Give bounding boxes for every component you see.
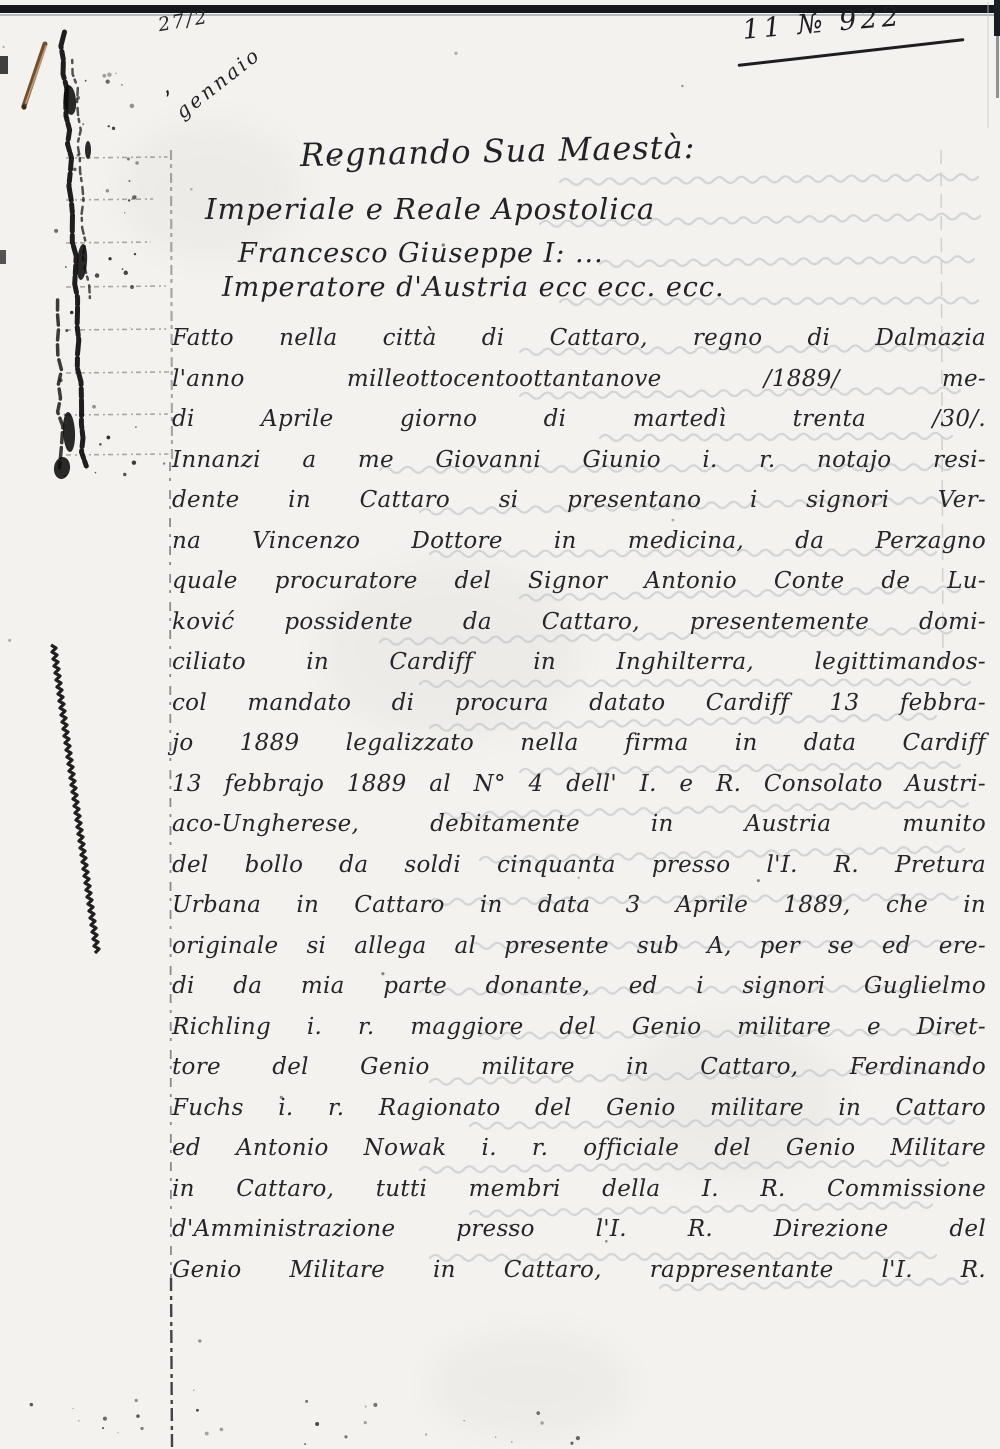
manuscript-line: dente in Cattaro si presentano i signori… [172, 480, 986, 521]
manuscript-line: ed Antonio Nowak i. r. officiale del Gen… [172, 1128, 986, 1169]
manuscript-line: del bollo da soldi cinquanta presso l'I.… [172, 845, 986, 886]
manuscript-line: na Vincenzo Dottore in medicina, da Perz… [172, 521, 986, 562]
manuscript-line: di Aprile giorno di martedì trenta /30/. [172, 399, 986, 440]
margin-squiggle [51, 645, 99, 953]
manuscript-body: Fatto nella città di Cattaro, regno di D… [172, 318, 986, 1290]
manuscript-line: in Cattaro, tutti membri della I. R. Com… [172, 1169, 986, 1210]
manuscript-line: Fuchs i. r. Ragionato del Genio militare… [172, 1088, 986, 1129]
manuscript-line: ciliato in Cardiff in Inghilterra, legit… [172, 642, 986, 683]
manuscript-line: col mandato di procura datato Cardiff 13… [172, 683, 986, 724]
heading-line: Imperatore d'Austria ecc ecc. ecc. [222, 272, 725, 303]
manuscript-line: aco-Ungherese, debitamente in Austria mu… [172, 804, 986, 845]
manuscript-line: Fatto nella città di Cattaro, regno di D… [172, 318, 986, 359]
heading-line: Imperiale e Reale Apostolica [205, 192, 655, 226]
manuscript-line: Innanzi a me Giovanni Giunio i. r. notaj… [172, 440, 986, 481]
manuscript-line: jo 1889 legalizzato nella firma in data … [172, 723, 986, 764]
manuscript-line: tore del Genio militare in Cattaro, Ferd… [172, 1047, 986, 1088]
manuscript-line: l'anno milleottocentoottantanove /1889/ … [172, 359, 986, 400]
manuscript-line: 13 febbrajo 1889 al N° 4 dell' I. e R. C… [172, 764, 986, 805]
heading-line: Francesco Giuseppe I: ... [238, 238, 604, 269]
paper-pin [21, 44, 46, 110]
manuscript-line: Urbana in Cattaro in data 3 Aprile 1889,… [172, 885, 986, 926]
manuscript-line: quale procuratore del Signor Antonio Con… [172, 561, 986, 602]
manuscript-line: originale si allega al presente sub A, p… [172, 926, 986, 967]
manuscript-line: ković possidente da Cattaro, presentemen… [172, 602, 986, 643]
manuscript-line: Richling i. r. maggiore del Genio milita… [172, 1007, 986, 1048]
scanned-manuscript-page: 11 № 922 27/2 ʼ gennaio Regnando Sua Mae… [0, 0, 1000, 1449]
manuscript-line: Genio Militare in Cattaro, rappresentant… [172, 1250, 986, 1291]
manuscript-line: d'Amministrazione presso l'I. R. Direzio… [172, 1209, 986, 1250]
manuscript-line: di da mia parte donante, ed i signori Gu… [172, 966, 986, 1007]
